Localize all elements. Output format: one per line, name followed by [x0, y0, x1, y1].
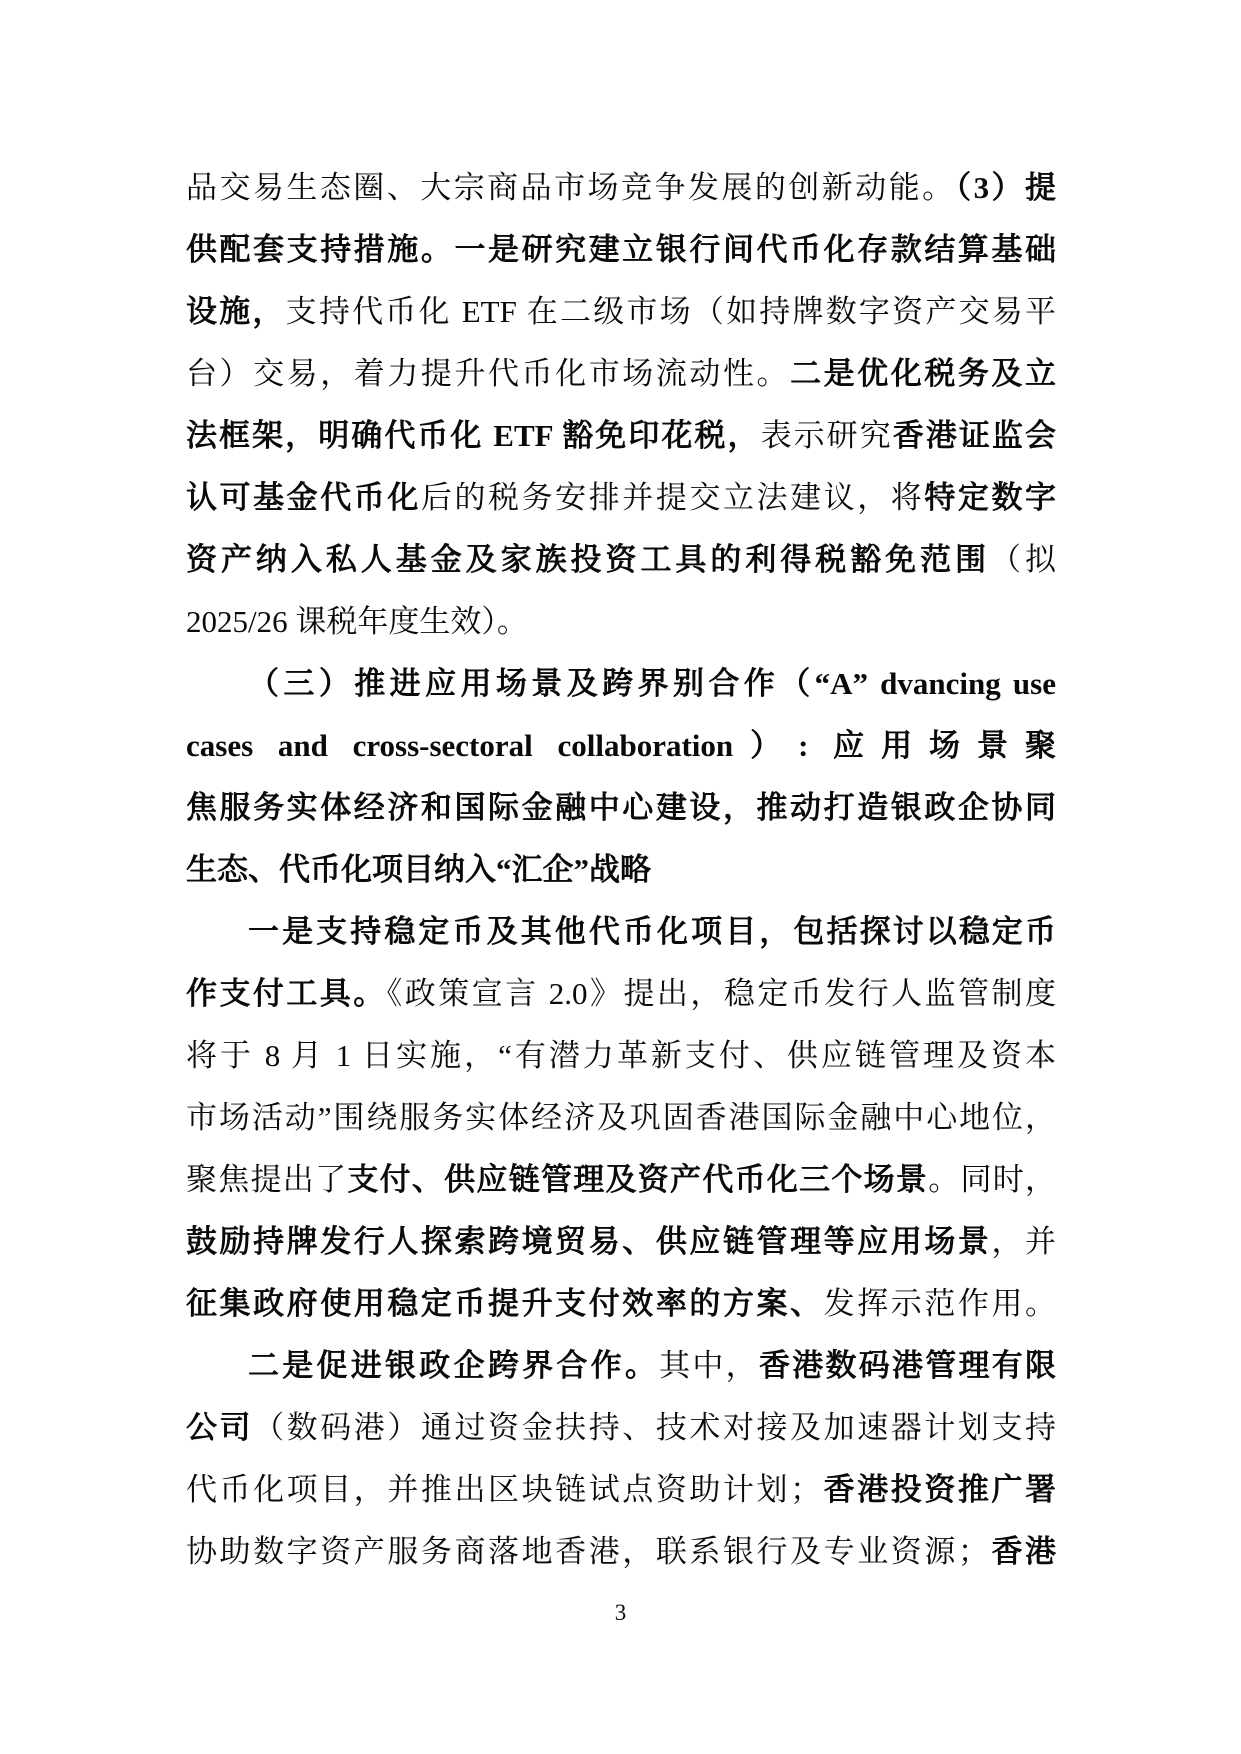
text-segment: 支持代币化 ETF 在二级市场（如持牌数字资产交易平	[286, 294, 1056, 329]
text-line: 鼓励持牌发行人探索跨境贸易、供应链管理等应用场景，并	[186, 1211, 1056, 1273]
text-line: 生态、代币化项目纳入“汇企”战略	[186, 839, 1056, 901]
text-segment: 征集政府使用稳定币提升支付效率的方案、	[186, 1286, 824, 1321]
text-line: （三）推进应用场景及跨界别合作（“A” dvancing use	[186, 653, 1056, 715]
text-segment: cases and cross-sectoral collaboration）:…	[186, 728, 1056, 763]
text-line: 聚焦提出了支付、供应链管理及资产代币化三个场景。同时，	[186, 1149, 1056, 1211]
text-segment: 二是促进银政企跨界合作。	[248, 1348, 659, 1383]
text-line: 2025/26 课税年度生效）。	[186, 591, 1056, 653]
text-line: 台）交易，着力提升代币化市场流动性。二是优化税务及立	[186, 343, 1056, 405]
text-segment: 聚焦提出了	[186, 1162, 347, 1197]
text-segment: 香港数码港管理有限	[759, 1348, 1056, 1383]
text-line: 二是促进银政企跨界合作。其中，香港数码港管理有限	[186, 1335, 1056, 1397]
text-segment: 焦服务实体经济和国际金融中心建设，推动打造银政企协同	[186, 790, 1056, 825]
text-segment: ，并	[991, 1224, 1056, 1259]
text-segment: 2025/26 课税年度生效）。	[186, 604, 528, 639]
text-segment: 包括探讨以稳定币	[793, 914, 1056, 949]
text-line: 将于 8 月 1 日实施，“有潜力革新支付、供应链管理及资本	[186, 1025, 1056, 1087]
text-line: 作支付工具。《政策宣言 2.0》提出，稳定币发行人监管制度	[186, 963, 1056, 1025]
text-line: 焦服务实体经济和国际金融中心建设，推动打造银政企协同	[186, 777, 1056, 839]
text-segment: 协助数字资产服务商落地香港，联系银行及专业资源；	[186, 1534, 989, 1569]
text-line: 资产纳入私人基金及家族投资工具的利得税豁免范围（拟	[186, 529, 1056, 591]
text-segment: 发挥示范作用。	[824, 1286, 1056, 1321]
text-segment: 二是优化税务及立	[790, 356, 1056, 391]
text-segment: 公司	[186, 1410, 253, 1445]
text-segment: 资产纳入私人基金及家族投资工具的利得税豁免范围	[186, 542, 990, 577]
page-number: 3	[615, 1600, 627, 1625]
text-segment: 市场活动”围绕服务实体经济及巩固香港国际金融中心地位，	[186, 1100, 1056, 1135]
text-segment: （拟	[990, 542, 1056, 577]
text-segment: 香港证监会	[893, 418, 1056, 453]
text-segment: （3）提	[956, 170, 1056, 205]
text-line: 代币化项目，并推出区块链试点资助计划；香港投资推广署	[186, 1459, 1056, 1521]
text-segment: 品交易生态圈、大宗商品市场竞争发展的创新动能。	[186, 170, 956, 205]
document-page: 品交易生态圈、大宗商品市场竞争发展的创新动能。（3）提供配套支持措施。一是研究建…	[0, 0, 1241, 1754]
text-segment: 法框架，明确代币化 ETF 豁免印花税，	[186, 418, 761, 453]
text-line: 市场活动”围绕服务实体经济及巩固香港国际金融中心地位，	[186, 1087, 1056, 1149]
text-segment: 其中，	[659, 1348, 759, 1383]
text-line: 设施，支持代币化 ETF 在二级市场（如持牌数字资产交易平	[186, 281, 1056, 343]
text-line: cases and cross-sectoral collaboration）:…	[186, 715, 1056, 777]
document-body: 品交易生态圈、大宗商品市场竞争发展的创新动能。（3）提供配套支持措施。一是研究建…	[186, 157, 1056, 1583]
text-line: 协助数字资产服务商落地香港，联系银行及专业资源；香港	[186, 1521, 1056, 1583]
text-line: 公司（数码港）通过资金扶持、技术对接及加速器计划支持	[186, 1397, 1056, 1459]
text-line: 征集政府使用稳定币提升支付效率的方案、发挥示范作用。	[186, 1273, 1056, 1335]
text-line: 一是支持稳定币及其他代币化项目，包括探讨以稳定币	[186, 901, 1056, 963]
text-segment: （三）推进应用场景及跨界别合作（“A” dvancing use	[248, 666, 1056, 701]
text-segment: 将于 8 月 1 日实施，“有潜力革新支付、供应链管理及资本	[186, 1038, 1056, 1073]
text-segment: 香港	[989, 1534, 1056, 1569]
text-segment: 《政策宣言 2.0》提出，稳定币发行人监管制度	[387, 976, 1056, 1011]
text-line: 法框架，明确代币化 ETF 豁免印花税，表示研究香港证监会	[186, 405, 1056, 467]
text-segment: 代币化项目，并推出区块链试点资助计划；	[186, 1472, 821, 1507]
text-segment: （数码港）通过资金扶持、技术对接及加速器计划支持	[253, 1410, 1056, 1445]
text-segment: 鼓励持牌发行人探索跨境贸易、供应链管理等应用场景	[186, 1224, 991, 1259]
text-segment: 。同时，	[928, 1162, 1056, 1197]
text-segment: 供配套支持措施。一是研究建立银行间代币化存款结算基础	[186, 232, 1056, 267]
text-segment: 设施，	[186, 294, 286, 329]
text-segment: 台）交易，着力提升代币化市场流动性。	[186, 356, 790, 391]
text-segment: 认可基金代币化	[186, 480, 421, 515]
text-line: 品交易生态圈、大宗商品市场竞争发展的创新动能。（3）提	[186, 157, 1056, 219]
text-segment: 支付、供应链管理及资产代币化三个场景	[347, 1162, 928, 1197]
text-segment: 特定数字	[924, 480, 1056, 515]
page-footer: 3	[0, 1598, 1241, 1628]
text-line: 供配套支持措施。一是研究建立银行间代币化存款结算基础	[186, 219, 1056, 281]
text-segment: 后的税务安排并提交立法建议，将	[421, 480, 924, 515]
text-segment: 一是支持稳定币及其他代币化项目，	[248, 914, 793, 949]
text-segment: 表示研究	[761, 418, 893, 453]
text-segment: 生态、代币化项目纳入“汇企”战略	[186, 852, 651, 887]
text-segment: 作支付工具。	[186, 976, 387, 1011]
text-segment: 香港投资推广署	[821, 1472, 1056, 1507]
text-line: 认可基金代币化后的税务安排并提交立法建议，将特定数字	[186, 467, 1056, 529]
